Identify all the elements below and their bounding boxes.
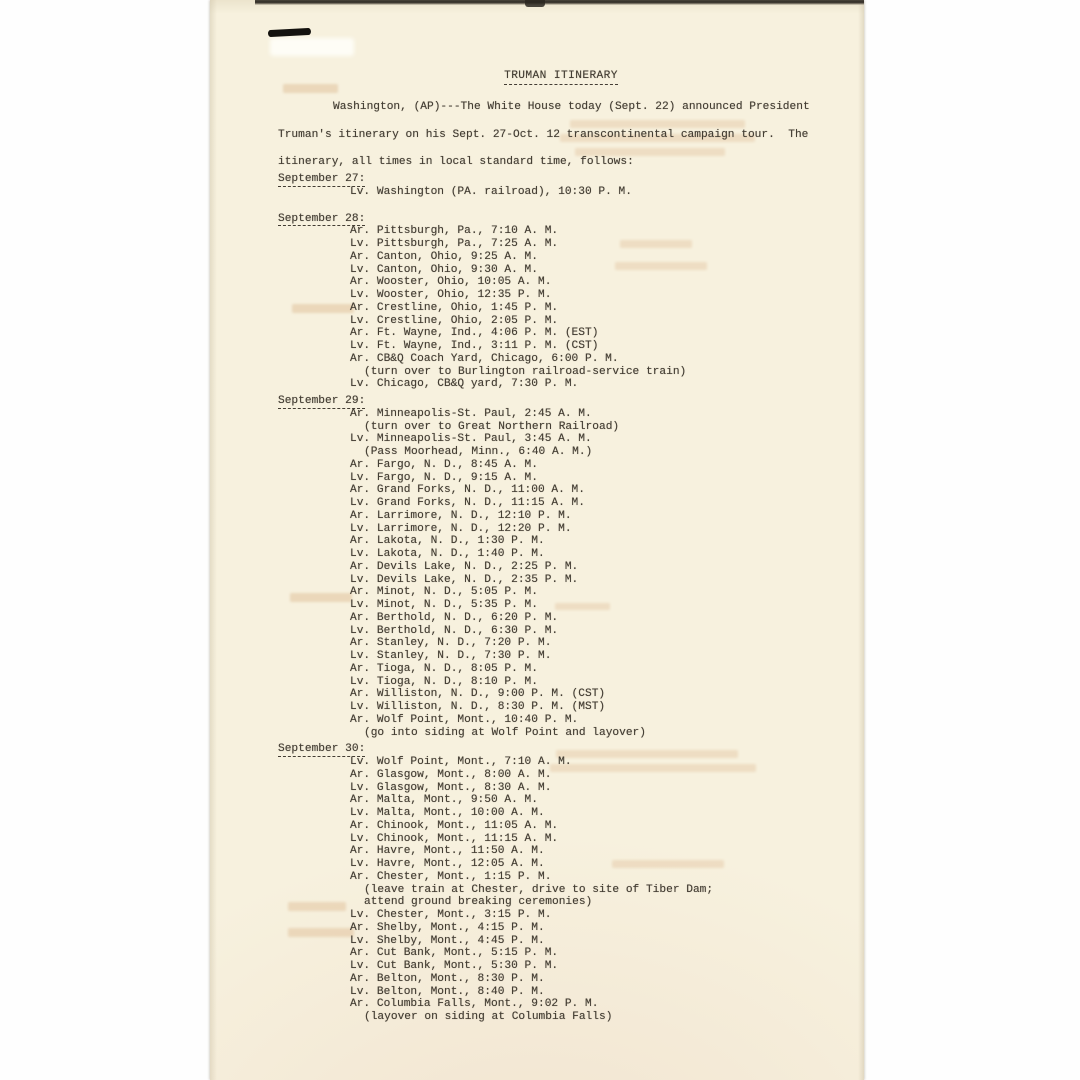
itinerary-entry: Lv. Devils Lake, N. D., 2:35 P. M. [278,574,844,587]
itinerary-entry: Ar. Larrimore, N. D., 12:10 P. M. [278,510,844,523]
intro-paragraph-line: Washington, (AP)---The White House today… [333,101,810,114]
section-date: September 29: [278,395,844,408]
itinerary-entry: Ar. Stanley, N. D., 7:20 P. M. [278,637,844,650]
itinerary-entry: Ar. Minneapolis-St. Paul, 2:45 A. M. [278,408,844,421]
intro-paragraph-line: itinerary, all times in local standard t… [278,156,634,169]
itinerary-entry: Ar. Chester, Mont., 1:15 P. M. [278,871,844,884]
itinerary-entry: Lv. Fargo, N. D., 9:15 A. M. [278,472,844,485]
itinerary-entry: Ar. Columbia Falls, Mont., 9:02 P. M. [278,998,844,1011]
itinerary-entry: Lv. Wolf Point, Mont., 7:10 A. M. [278,756,844,769]
itinerary-section: September 28:Ar. Pittsburgh, Pa., 7:10 A… [278,213,844,392]
itinerary-entry: Lv. Wooster, Ohio, 12:35 P. M. [278,289,844,302]
itinerary-entry: Lv. Minneapolis-St. Paul, 3:45 A. M. [278,433,844,446]
section-date-text: September 28: [278,213,365,227]
itinerary-entry: Ar. Shelby, Mont., 4:15 P. M. [278,922,844,935]
itinerary-entry: Lv. Lakota, N. D., 1:40 P. M. [278,548,844,561]
entry-note: (layover on siding at Columbia Falls) [278,1011,844,1024]
itinerary-entry: Ar. Fargo, N. D., 8:45 A. M. [278,459,844,472]
itinerary-entry: Lv. Tioga, N. D., 8:10 P. M. [278,676,844,689]
itinerary-entry: Ar. Crestline, Ohio, 1:45 P. M. [278,302,844,315]
itinerary-entry: Ar. Cut Bank, Mont., 5:15 P. M. [278,947,844,960]
itinerary-entry: Ar. Berthold, N. D., 6:20 P. M. [278,612,844,625]
document-paper: TRUMAN ITINERARY Washington, (AP)---The … [210,0,864,1080]
bleed-through-artifact [570,120,745,128]
section-date-text: September 27: [278,173,365,187]
itinerary-entry: Lv. Crestline, Ohio, 2:05 P. M. [278,315,844,328]
itinerary-entry: Lv. Ft. Wayne, Ind., 3:11 P. M. (CST) [278,340,844,353]
itinerary-entry: Lv. Minot, N. D., 5:35 P. M. [278,599,844,612]
itinerary-entry: Ar. Wooster, Ohio, 10:05 A. M. [278,276,844,289]
itinerary-entry: Lv. Cut Bank, Mont., 5:30 P. M. [278,960,844,973]
itinerary-entry: Ar. Minot, N. D., 5:05 P. M. [278,586,844,599]
document-title-text: TRUMAN ITINERARY [504,70,618,85]
sections: September 27:Lv. Washington (PA. railroa… [278,173,844,1024]
scanned-page-background: TRUMAN ITINERARY Washington, (AP)---The … [0,0,1080,1080]
itinerary-entry: Ar. Lakota, N. D., 1:30 P. M. [278,535,844,548]
scan-top-edge-artifact [255,0,864,5]
entry-note: (turn over to Burlington railroad-servic… [278,366,844,379]
itinerary-entry: Ar. Pittsburgh, Pa., 7:10 A. M. [278,225,844,238]
itinerary-entry: Ar. Wolf Point, Mont., 10:40 P. M. [278,714,844,727]
bleed-through-artifact [283,84,338,93]
itinerary-entry: Lv. Grand Forks, N. D., 11:15 A. M. [278,497,844,510]
itinerary-entry: Ar. Havre, Mont., 11:50 A. M. [278,845,844,858]
section-date-text: September 30: [278,743,365,757]
itinerary-entry: Ar. Ft. Wayne, Ind., 4:06 P. M. (EST) [278,327,844,340]
itinerary-entry: Ar. Glasgow, Mont., 8:00 A. M. [278,769,844,782]
entry-note: (go into siding at Wolf Point and layove… [278,727,844,740]
itinerary-entry: Lv. Chicago, CB&Q yard, 7:30 P. M. [278,378,844,391]
itinerary-entry: Ar. Grand Forks, N. D., 11:00 A. M. [278,484,844,497]
entry-note: (leave train at Chester, drive to site o… [278,884,844,897]
intro-paragraph-line: Truman's itinerary on his Sept. 27-Oct. … [278,129,808,142]
itinerary-section: September 27:Lv. Washington (PA. railroa… [278,173,844,199]
bleed-through-artifact [575,148,725,156]
section-date: September 30: [278,743,844,756]
entry-note: (Pass Moorhead, Minn., 6:40 A. M.) [278,446,844,459]
entry-note: (turn over to Great Northern Railroad) [278,421,844,434]
itinerary-entry: Lv. Malta, Mont., 10:00 A. M. [278,807,844,820]
itinerary-entry: Lv. Chinook, Mont., 11:15 A. M. [278,833,844,846]
itinerary-entry: Lv. Glasgow, Mont., 8:30 A. M. [278,782,844,795]
itinerary-entry: Lv. Berthold, N. D., 6:30 P. M. [278,625,844,638]
entry-note: attend ground breaking ceremonies) [278,896,844,909]
section-date: September 27: [278,173,844,186]
itinerary-entry: Ar. Malta, Mont., 9:50 A. M. [278,794,844,807]
itinerary-section: September 30:Lv. Wolf Point, Mont., 7:10… [278,743,844,1024]
section-date: September 28: [278,213,844,226]
itinerary-entry: Lv. Williston, N. D., 8:30 P. M. (MST) [278,701,844,714]
itinerary-entry: Ar. Devils Lake, N. D., 2:25 P. M. [278,561,844,574]
itinerary-entry: Ar. Chinook, Mont., 11:05 A. M. [278,820,844,833]
itinerary-entry: Ar. CB&Q Coach Yard, Chicago, 6:00 P. M. [278,353,844,366]
itinerary-entry: Lv. Shelby, Mont., 4:45 P. M. [278,935,844,948]
correction-patch-artifact [270,38,354,56]
itinerary-entry: Lv. Havre, Mont., 12:05 A. M. [278,858,844,871]
itinerary-entry: Ar. Belton, Mont., 8:30 P. M. [278,973,844,986]
itinerary-section: September 29:Ar. Minneapolis-St. Paul, 2… [278,395,844,739]
itinerary-entry: Ar. Tioga, N. D., 8:05 P. M. [278,663,844,676]
section-date-text: September 29: [278,395,365,409]
itinerary-entry: Lv. Chester, Mont., 3:15 P. M. [278,909,844,922]
itinerary-entry: Lv. Canton, Ohio, 9:30 A. M. [278,264,844,277]
itinerary-entry: Ar. Williston, N. D., 9:00 P. M. (CST) [278,688,844,701]
itinerary-entry: Ar. Canton, Ohio, 9:25 A. M. [278,251,844,264]
itinerary-entry: Lv. Larrimore, N. D., 12:20 P. M. [278,523,844,536]
itinerary-entry: Lv. Stanley, N. D., 7:30 P. M. [278,650,844,663]
document-title: TRUMAN ITINERARY [278,70,844,85]
scan-speck-artifact [525,0,545,7]
registration-dash-mark [268,28,311,37]
itinerary-entry: Lv. Pittsburgh, Pa., 7:25 A. M. [278,238,844,251]
itinerary-entry: Lv. Belton, Mont., 8:40 P. M. [278,986,844,999]
itinerary-entry: Lv. Washington (PA. railroad), 10:30 P. … [278,186,844,199]
